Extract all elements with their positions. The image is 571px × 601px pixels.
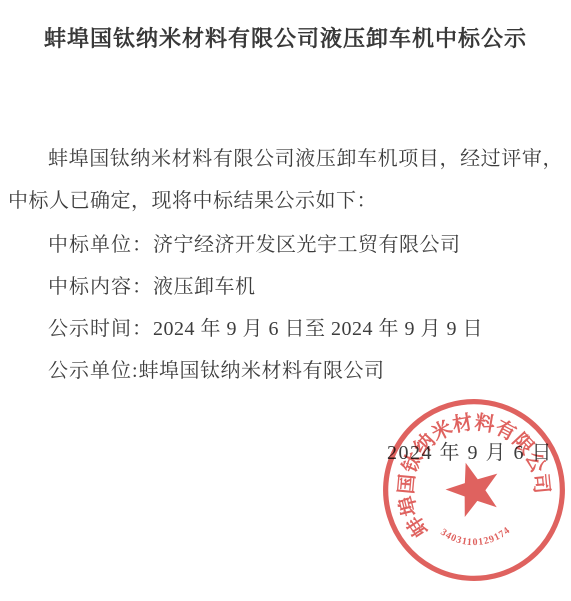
publicity-period-value: 2024 年 9 月 6 日至 2024 年 9 月 9 日 [153, 318, 483, 340]
bid-winner-value: 济宁经济开发区光宇工贸有限公司 [153, 234, 461, 256]
bid-content-label: 中标内容： [48, 276, 153, 298]
company-seal-stamp: 蚌埠国钛纳米材料有限公司 3403110129174 [379, 395, 569, 585]
result-items: 中标单位：济宁经济开发区光宇工贸有限公司 中标内容：液压卸车机 公示时间：202… [0, 224, 571, 392]
seal-serial-text-holder: 3403110129174 [436, 508, 514, 559]
document-page: 蚌埠国钛纳米材料有限公司液压卸车机中标公示 蚌埠国钛纳米材料有限公司液压卸车机项… [0, 26, 571, 474]
publicity-period-label: 公示时间： [48, 318, 153, 340]
announcement-date: 2024 年 9 月 6 日 [0, 432, 553, 474]
seal-graphic: 蚌埠国钛纳米材料有限公司 3403110129174 [355, 371, 571, 601]
intro-paragraph: 蚌埠国钛纳米材料有限公司液压卸车机项目，经过评审，中标人已确定，现将中标结果公示… [8, 138, 563, 222]
bid-content-line: 中标内容：液压卸车机 [8, 266, 563, 308]
seal-ring [364, 380, 571, 601]
bid-winner-label: 中标单位： [48, 234, 153, 256]
publicity-unit-label: 公示单位: [48, 360, 139, 382]
publicity-unit-value: 蚌埠国钛纳米材料有限公司 [139, 360, 385, 382]
bid-winner-line: 中标单位：济宁经济开发区光宇工贸有限公司 [8, 224, 563, 266]
seal-serial-number: 3403110129174 [436, 508, 514, 559]
document-title: 蚌埠国钛纳米材料有限公司液压卸车机中标公示 [8, 26, 563, 52]
publicity-period-line: 公示时间：2024 年 9 月 6 日至 2024 年 9 月 9 日 [8, 308, 563, 350]
bid-content-value: 液压卸车机 [153, 276, 256, 298]
publicity-unit-line: 公示单位:蚌埠国钛纳米材料有限公司 [8, 350, 563, 392]
